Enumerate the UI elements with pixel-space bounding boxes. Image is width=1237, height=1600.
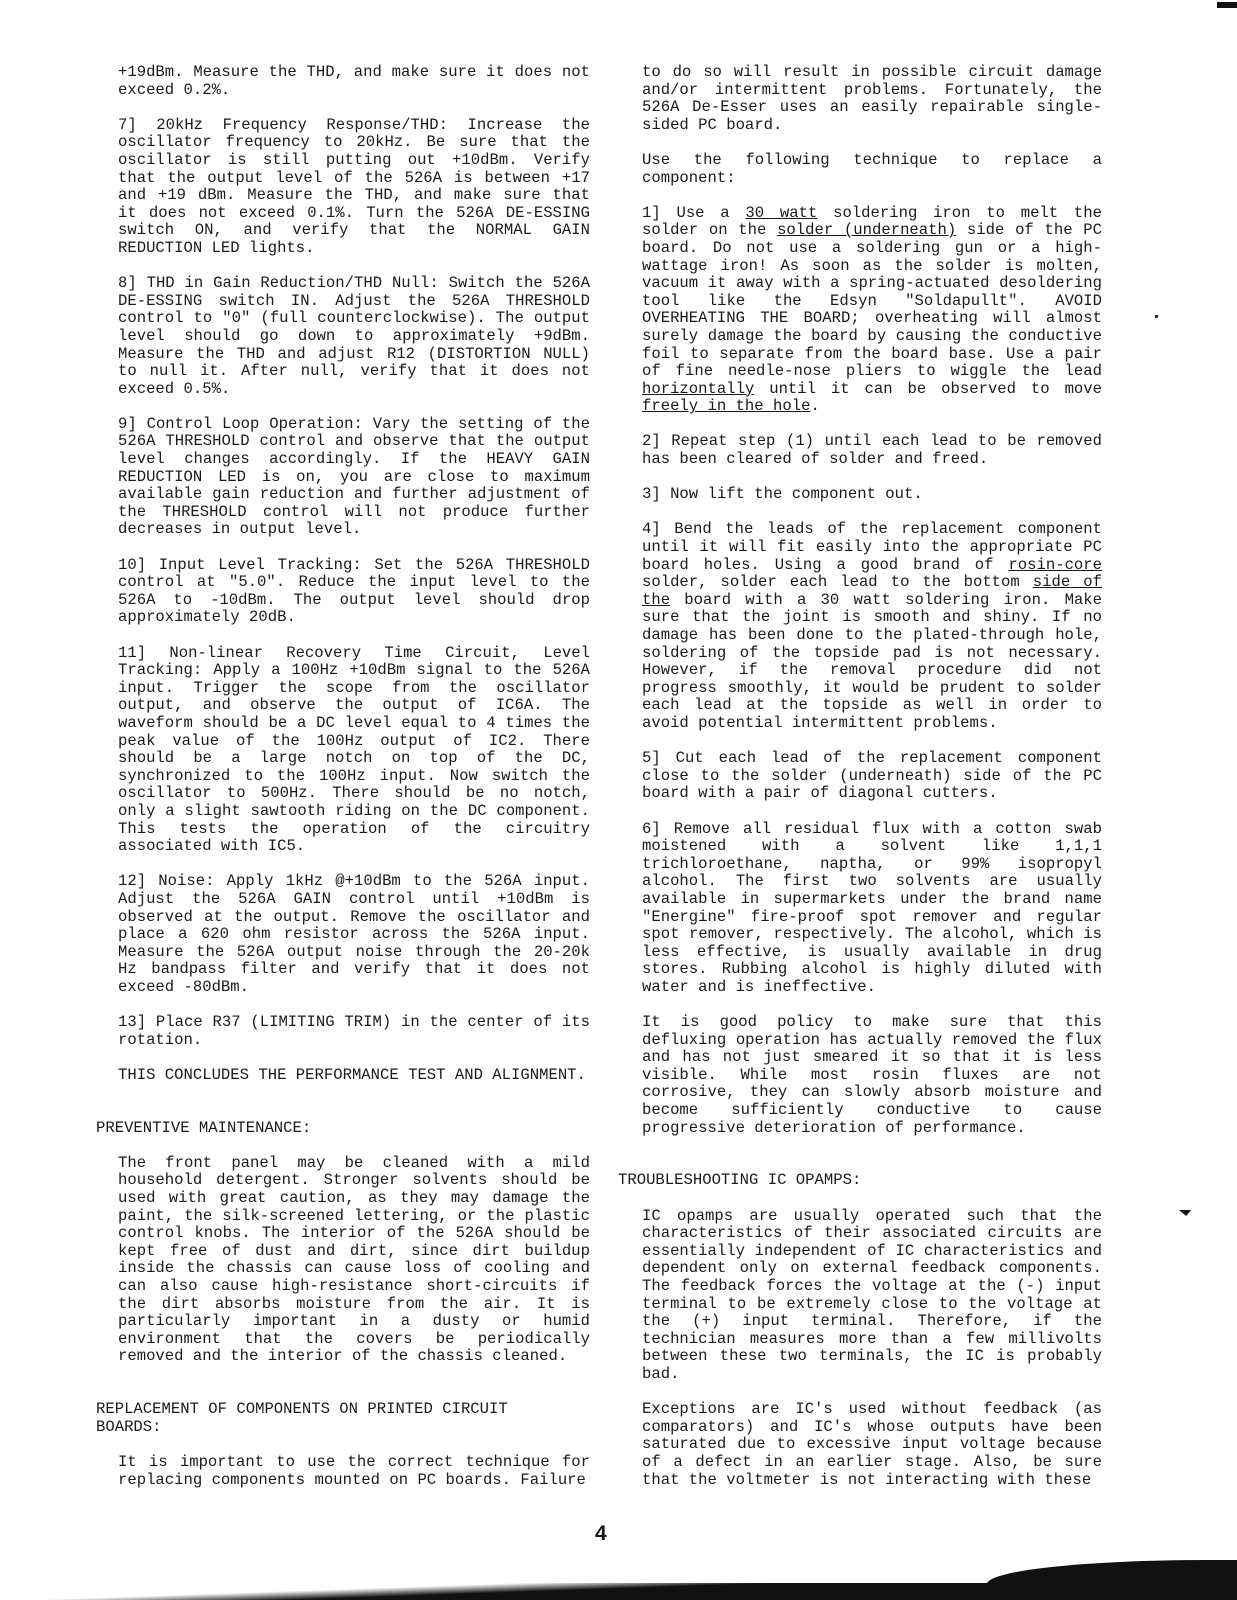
maintenance-paragraph: The front panel may be cleaned with a mi… (118, 1155, 590, 1366)
text: solder, solder each lead to the bottom (642, 573, 1033, 591)
step-13-limiting-trim: 13] Place R37 (LIMITING TRIM) in the cen… (118, 1014, 590, 1049)
step-8-thd-null: 8] THD in Gain Reduction/THD Null: Switc… (118, 275, 590, 398)
defluxing-policy: It is good policy to make sure that this… (642, 1014, 1102, 1137)
text: until it can be observed to move (754, 380, 1102, 398)
emphasis-horizontally: horizontally (642, 380, 754, 398)
emphasis-30-watt: 30 watt (745, 204, 817, 222)
emphasis-solder-side: solder (underneath) (777, 221, 956, 239)
replace-step-5: 5] Cut each lead of the replacement comp… (642, 750, 1102, 803)
step-9-control-loop: 9] Control Loop Operation: Vary the sett… (118, 416, 590, 539)
text: . (810, 397, 819, 415)
replace-step-3: 3] Now lift the component out. (642, 486, 1102, 504)
section-heading-troubleshooting: TROUBLESHOOTING IC OPAMPS: (618, 1172, 1078, 1190)
replace-step-6: 6] Remove all residual flux with a cotto… (642, 821, 1102, 997)
left-column: +19dBm. Measure the THD, and make sure i… (118, 64, 590, 1507)
page-number: 4 (595, 1522, 607, 1546)
emphasis-freely: freely in the hole (642, 397, 810, 415)
replace-step-2: 2] Repeat step (1) until each lead to be… (642, 433, 1102, 468)
step-11-recovery-time: 11] Non-linear Recovery Time Circuit, Le… (118, 645, 590, 856)
replacement-intro-continued: to do so will result in possible circuit… (642, 64, 1102, 134)
scan-bottom-edge-shadow (987, 1560, 1237, 1600)
text: board with a 30 watt soldering iron. Mak… (642, 591, 1102, 732)
replace-step-4: 4] Bend the leads of the replacement com… (642, 521, 1102, 732)
scan-edge-mark (1217, 2, 1237, 8)
scan-margin-mark (1179, 1210, 1191, 1216)
opamps-paragraph: IC opamps are usually operated such that… (642, 1208, 1102, 1384)
right-column: to do so will result in possible circuit… (642, 64, 1102, 1507)
section-heading-replacement: REPLACEMENT OF COMPONENTS ON PRINTED CIR… (96, 1401, 568, 1436)
step-12-noise: 12] Noise: Apply 1kHz @+10dBm to the 526… (118, 873, 590, 996)
replace-step-1: 1] Use a 30 watt soldering iron to melt … (642, 205, 1102, 416)
paragraph-thd-02: +19dBm. Measure the THD, and make sure i… (118, 64, 590, 99)
text: 1] Use a (642, 204, 745, 222)
section-heading-maintenance: PREVENTIVE MAINTENANCE: (96, 1120, 568, 1138)
conclusion-statement: THIS CONCLUDES THE PERFORMANCE TEST AND … (118, 1067, 590, 1085)
exceptions-paragraph: Exceptions are IC's used without feedbac… (642, 1401, 1102, 1489)
replacement-intro: It is important to use the correct techn… (118, 1454, 590, 1489)
scan-speck (1155, 315, 1158, 318)
text: side of the PC board. Do not use a solde… (642, 221, 1102, 380)
technique-intro: Use the following technique to replace a… (642, 152, 1102, 187)
step-10-input-tracking: 10] Input Level Tracking: Set the 526A T… (118, 557, 590, 627)
step-7-20khz-response: 7] 20kHz Frequency Response/THD: Increas… (118, 117, 590, 258)
emphasis-rosin-core: rosin-core (1008, 556, 1102, 574)
